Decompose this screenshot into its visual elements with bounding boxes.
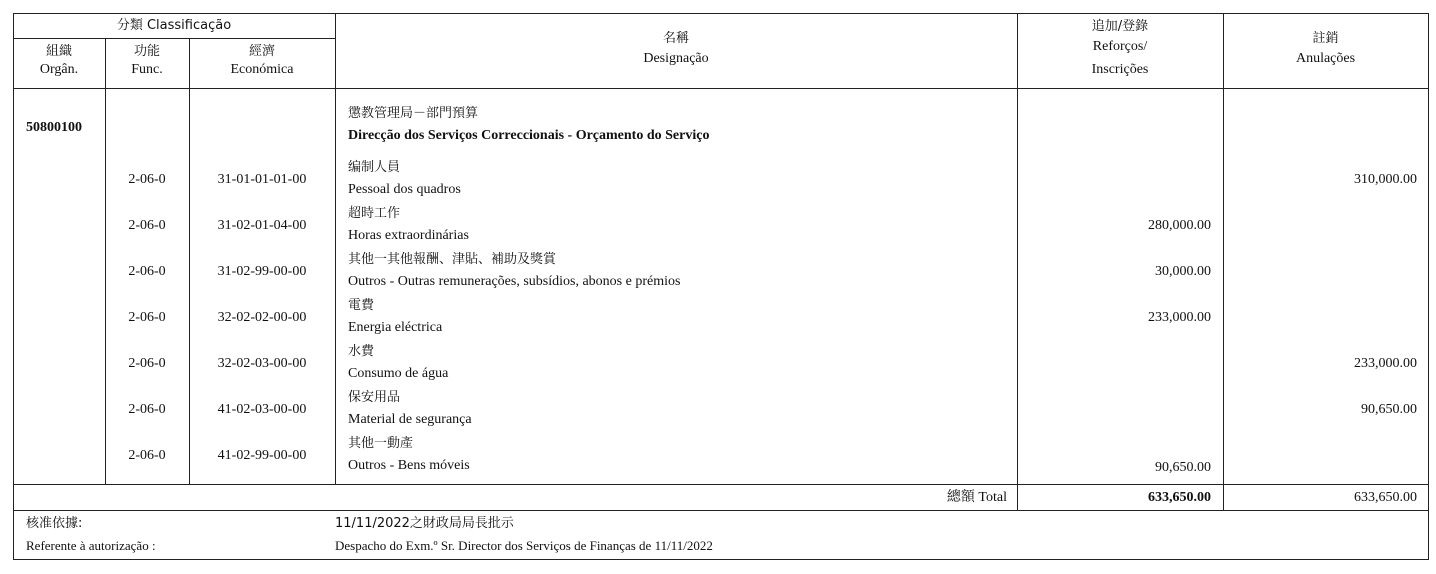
department-name-zh: 懲教管理局－部門預算 xyxy=(348,105,478,122)
func-code: 2-06-0 xyxy=(105,171,189,188)
item-name-pt: Material de segurança xyxy=(348,411,472,428)
budget-table: 分類 Classificação 組織 Orgân. 功能 Func. 經濟 E… xyxy=(13,13,1428,560)
econ-code: 31-01-01-01-00 xyxy=(189,171,335,188)
header-econ-pt: Económica xyxy=(189,61,335,78)
organ-code: 50800100 xyxy=(26,119,82,136)
econ-code: 31-02-01-04-00 xyxy=(189,217,335,234)
table-border-bottom xyxy=(13,559,1428,560)
authorization-label-pt: Referente à autorização : xyxy=(26,537,156,554)
header-classification: 分類 Classificação xyxy=(13,17,335,34)
header-econ-zh: 經濟 xyxy=(189,43,335,60)
func-code: 2-06-0 xyxy=(105,401,189,418)
reinforcement-amount: 280,000.00 xyxy=(1017,217,1211,234)
authorization-ref-pt: Despacho do Exm.º Sr. Director dos Servi… xyxy=(335,537,713,554)
func-code: 2-06-0 xyxy=(105,309,189,326)
header-cancellations-zh: 註銷 xyxy=(1223,30,1428,47)
cancellation-amount: 90,650.00 xyxy=(1223,401,1417,418)
header-organ-pt: Orgân. xyxy=(13,61,105,78)
department-name-pt: Direcção dos Serviços Correccionais - Or… xyxy=(348,127,709,144)
item-name-zh: 其他一其他報酬、津貼、補助及獎賞 xyxy=(348,251,556,268)
econ-code: 32-02-02-00-00 xyxy=(189,309,335,326)
header-reinforcements-pt2: Inscrições xyxy=(1017,61,1223,78)
item-name-zh: 保安用品 xyxy=(348,389,400,406)
econ-code: 41-02-03-00-00 xyxy=(189,401,335,418)
econ-code: 32-02-03-00-00 xyxy=(189,355,335,372)
econ-code: 31-02-99-00-00 xyxy=(189,263,335,280)
header-func-pt: Func. xyxy=(105,61,189,78)
item-name-pt: Outros - Outras remunerações, subsídios,… xyxy=(348,273,680,290)
item-name-zh: 電費 xyxy=(348,297,374,314)
econ-code: 41-02-99-00-00 xyxy=(189,447,335,464)
func-code: 2-06-0 xyxy=(105,355,189,372)
header-designation-pt: Designação xyxy=(335,50,1017,67)
col-divider-designation xyxy=(1017,13,1018,511)
authorization-ref-zh: 11/11/2022之財政局局長批示 xyxy=(335,515,514,532)
total-label: 總額 Total xyxy=(335,489,1007,506)
header-func-zh: 功能 xyxy=(105,43,189,60)
body-bottom-line xyxy=(13,484,1428,485)
item-name-zh: 编制人員 xyxy=(348,159,400,176)
table-border-top xyxy=(13,13,1428,14)
item-name-zh: 其他一動產 xyxy=(348,435,413,452)
item-name-pt: Horas extraordinárias xyxy=(348,227,469,244)
total-cancellation: 633,650.00 xyxy=(1223,489,1417,506)
authorization-label-zh: 核准依據: xyxy=(26,515,82,532)
classification-divider xyxy=(13,38,335,39)
reinforcement-amount: 90,650.00 xyxy=(1017,459,1211,476)
item-name-pt: Energia eléctrica xyxy=(348,319,442,336)
item-name-zh: 水費 xyxy=(348,343,374,360)
total-bottom-line xyxy=(13,510,1428,511)
cancellation-amount: 310,000.00 xyxy=(1223,171,1417,188)
item-name-pt: Outros - Bens móveis xyxy=(348,457,470,474)
item-name-zh: 超時工作 xyxy=(348,205,400,222)
item-name-pt: Consumo de água xyxy=(348,365,448,382)
func-code: 2-06-0 xyxy=(105,263,189,280)
header-reinforcements-pt1: Reforços/ xyxy=(1017,38,1223,55)
func-code: 2-06-0 xyxy=(105,217,189,234)
reinforcement-amount: 233,000.00 xyxy=(1017,309,1211,326)
col-divider-econ xyxy=(335,13,336,485)
func-code: 2-06-0 xyxy=(105,447,189,464)
table-border-right xyxy=(1428,13,1429,560)
header-reinforcements-zh: 追加/登錄 xyxy=(1017,18,1223,35)
header-cancellations-pt: Anulações xyxy=(1223,50,1428,67)
col-divider-reinforcement xyxy=(1223,13,1224,511)
header-organ-zh: 組織 xyxy=(13,43,105,60)
table-border-left xyxy=(13,13,14,560)
cancellation-amount: 233,000.00 xyxy=(1223,355,1417,372)
item-name-pt: Pessoal dos quadros xyxy=(348,181,461,198)
header-bottom-line xyxy=(13,88,1428,89)
total-reinforcement: 633,650.00 xyxy=(1017,489,1211,506)
header-designation-zh: 名稱 xyxy=(335,30,1017,47)
reinforcement-amount: 30,000.00 xyxy=(1017,263,1211,280)
